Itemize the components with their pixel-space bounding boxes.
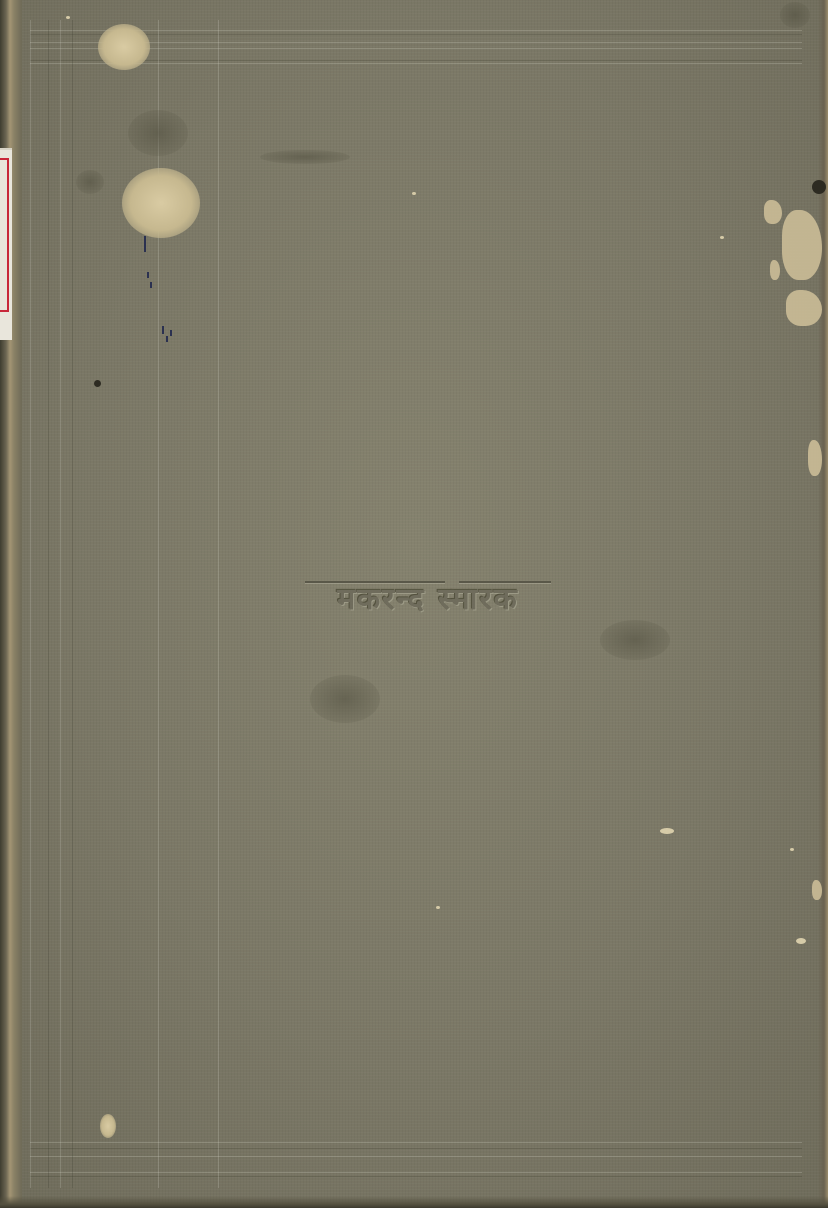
bottom-edge [0,1196,828,1208]
border-rule-left-6 [218,20,219,1188]
speck [436,906,440,909]
water-stain [100,1114,116,1138]
border-rule-bottom-4 [30,1172,802,1173]
ink-mark [147,272,149,278]
spine-label-red-border [0,158,9,312]
dirt-stain [128,110,188,156]
cloth-wear [812,880,822,900]
border-rule-left-2 [48,20,49,1188]
border-rule-bottom-2 [30,1148,802,1149]
water-stain [98,24,150,70]
speck [796,938,806,944]
speck [790,848,794,851]
ink-mark [150,282,152,288]
speck [412,192,416,195]
speck [660,828,674,834]
spot [94,380,101,387]
cloth-wear [786,290,822,326]
border-rule-bottom-5 [30,1176,802,1177]
ink-mark [170,330,172,336]
speck [66,16,70,19]
cloth-wear [770,260,780,280]
embossed-title: मकरन्द स्मारक [305,578,551,624]
cloth-wear [782,210,822,280]
ink-mark [162,326,164,334]
book-spine [0,0,22,1208]
border-rule-top-1 [30,30,802,31]
border-rule-bottom-3 [30,1156,802,1157]
border-rule-top-6 [30,63,802,64]
border-rule-left-3 [60,20,61,1188]
dirt-stain [780,2,810,28]
dirt-stain [600,620,670,660]
border-rule-bottom-1 [30,1142,802,1143]
speck [720,236,724,239]
dirt-stain [76,170,104,194]
ink-mark [144,236,146,252]
book-cover: मकरन्द स्मारक [0,0,828,1208]
border-rule-top-5 [30,60,802,61]
border-rule-left-1 [30,20,31,1188]
spot [812,180,826,194]
dirt-stain [310,675,380,723]
cover-title: मकरन्द स्मारक [305,578,551,622]
cloth-wear [808,440,822,476]
dirt-stain [260,150,350,164]
water-stain [122,168,200,238]
ink-mark [166,336,168,342]
cloth-wear [764,200,782,224]
border-rule-left-4 [72,20,73,1188]
spine-label [0,148,12,340]
